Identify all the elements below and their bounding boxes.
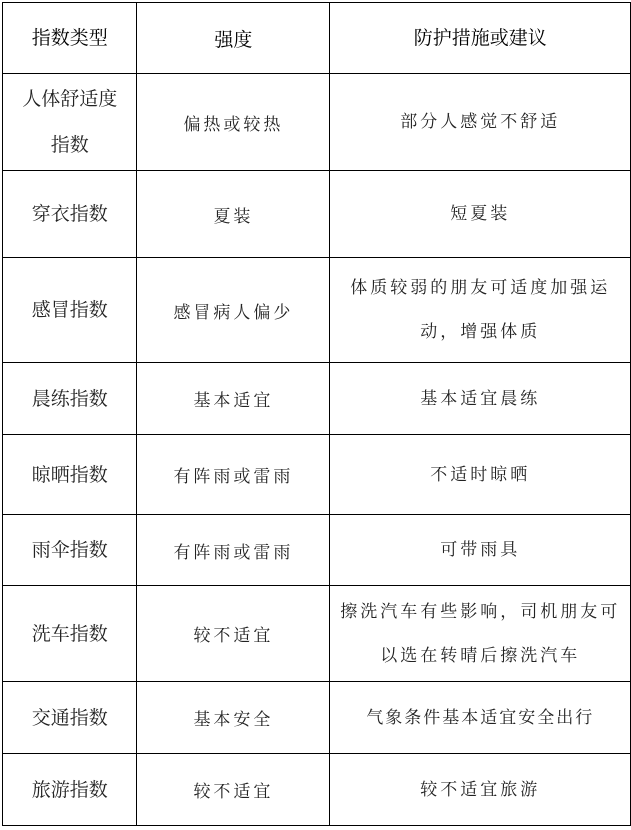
index-type-cell: 雨伞指数 <box>3 515 137 586</box>
table-row: 晨练指数 基本适宜 基本适宜晨练 <box>3 363 631 435</box>
advice-cell: 部分人感觉不舒适 <box>330 74 631 171</box>
index-type-cell: 穿衣指数 <box>3 171 137 258</box>
index-type-cell: 感冒指数 <box>3 258 137 363</box>
intensity-cell: 偏热或较热 <box>137 74 330 171</box>
advice-cell: 可带雨具 <box>330 515 631 586</box>
table-row: 穿衣指数 夏装 短夏装 <box>3 171 631 258</box>
intensity-cell: 较不适宜 <box>137 754 330 826</box>
index-type-cell: 交通指数 <box>3 682 137 754</box>
intensity-cell: 有阵雨或雷雨 <box>137 435 330 515</box>
intensity-cell: 较不适宜 <box>137 586 330 682</box>
advice-cell: 较不适宜旅游 <box>330 754 631 826</box>
intensity-cell: 有阵雨或雷雨 <box>137 515 330 586</box>
index-type-cell: 晨练指数 <box>3 363 137 435</box>
table-row: 洗车指数 较不适宜 擦洗汽车有些影响，司机朋友可以选在转晴后擦洗汽车 <box>3 586 631 682</box>
advice-cell: 不适时晾晒 <box>330 435 631 515</box>
weather-index-table: 指数类型 强度 防护措施或建议 人体舒适度指数 偏热或较热 部分人感觉不舒适 穿… <box>2 2 631 826</box>
intensity-cell: 基本适宜 <box>137 363 330 435</box>
table-row: 感冒指数 感冒病人偏少 体质较弱的朋友可适度加强运动，增强体质 <box>3 258 631 363</box>
advice-cell: 气象条件基本适宜安全出行 <box>330 682 631 754</box>
header-advice: 防护措施或建议 <box>330 3 631 74</box>
index-type-cell: 洗车指数 <box>3 586 137 682</box>
table-row: 雨伞指数 有阵雨或雷雨 可带雨具 <box>3 515 631 586</box>
advice-cell: 短夏装 <box>330 171 631 258</box>
index-type-cell: 人体舒适度指数 <box>3 74 137 171</box>
table-row: 人体舒适度指数 偏热或较热 部分人感觉不舒适 <box>3 74 631 171</box>
header-index-type: 指数类型 <box>3 3 137 74</box>
advice-cell: 基本适宜晨练 <box>330 363 631 435</box>
header-intensity: 强度 <box>137 3 330 74</box>
index-type-cell: 晾晒指数 <box>3 435 137 515</box>
index-type-cell: 旅游指数 <box>3 754 137 826</box>
table-row: 晾晒指数 有阵雨或雷雨 不适时晾晒 <box>3 435 631 515</box>
intensity-cell: 夏装 <box>137 171 330 258</box>
intensity-cell: 基本安全 <box>137 682 330 754</box>
advice-cell: 体质较弱的朋友可适度加强运动，增强体质 <box>330 258 631 363</box>
table-row: 交通指数 基本安全 气象条件基本适宜安全出行 <box>3 682 631 754</box>
advice-cell: 擦洗汽车有些影响，司机朋友可以选在转晴后擦洗汽车 <box>330 586 631 682</box>
intensity-cell: 感冒病人偏少 <box>137 258 330 363</box>
table-header-row: 指数类型 强度 防护措施或建议 <box>3 3 631 74</box>
table-row: 旅游指数 较不适宜 较不适宜旅游 <box>3 754 631 826</box>
